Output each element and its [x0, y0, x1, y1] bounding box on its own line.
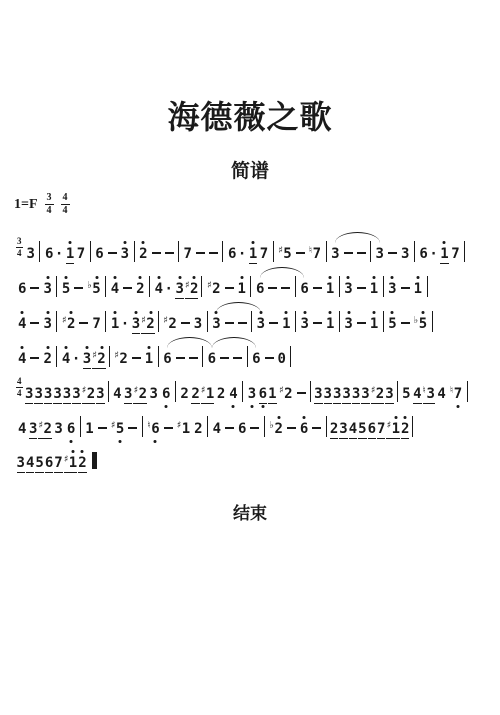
octave-dot-above-icon [391, 276, 394, 279]
note-digit: 6 [67, 421, 75, 437]
note-digit: 6 [300, 421, 308, 437]
octave-dot-above-icon [347, 276, 350, 279]
note: ♮7 [309, 242, 321, 263]
note-digit: 1 [326, 281, 334, 297]
octave-dot-above-icon [100, 346, 103, 349]
held-note-dash [357, 252, 366, 254]
note-digit: 4 [18, 421, 26, 437]
score-line: 43♯271·3♯2♯2333131315♭5 [16, 296, 500, 329]
held-note-dash [312, 427, 321, 429]
octave-dot-above-icon [95, 276, 98, 279]
octave-dot-above-icon [178, 276, 181, 279]
note-digit: 3 [385, 386, 393, 402]
note-digit: 3 [344, 281, 352, 297]
note-digit: 6 [163, 351, 171, 367]
note-digit: 4 [113, 386, 121, 402]
note-digit: 3 [401, 246, 409, 262]
held-note-dash [30, 287, 39, 289]
barline [339, 311, 340, 332]
note-digit: 6 [228, 246, 236, 262]
held-note-dash [30, 357, 39, 359]
note-digit: 2 [401, 421, 409, 437]
note-digit: 6 [252, 351, 260, 367]
octave-dot-above-icon [148, 346, 151, 349]
held-note-dash [79, 322, 88, 324]
note-digit: 3 [388, 281, 396, 297]
note-digit: 3 [96, 386, 104, 402]
key-label: 1=F [14, 197, 38, 213]
barline [178, 241, 179, 262]
note: ♯2 [279, 382, 293, 403]
held-note-dash [108, 252, 117, 254]
octave-dot-above-icon [443, 241, 446, 244]
note: ♯1 [64, 451, 78, 473]
barline [108, 381, 109, 402]
held-note-dash [164, 427, 173, 429]
score-lines: 3436·1763276·17♯5♮73336·17635♭5424·3♯2♯2… [16, 226, 500, 469]
note-digit: 1 [414, 281, 422, 297]
sharp-sign: ♯ [141, 315, 146, 326]
note-digit: 4 [26, 455, 34, 471]
note-digit: 1 [249, 246, 257, 262]
held-note-dash [269, 322, 278, 324]
note-digit: 2 [146, 316, 154, 332]
sharp-sign: ♯ [111, 420, 116, 431]
note-digit: 3 [212, 316, 220, 332]
song-title: 海德薇之歌 [0, 0, 500, 138]
barline [427, 276, 428, 297]
note-digit: 3 [72, 386, 80, 402]
sharp-sign: ♯ [114, 350, 119, 361]
score-line: 3436·1763276·17♯5♮73336·17 [16, 226, 500, 259]
score-line: 424·3♯2♯216660 [16, 331, 500, 364]
octave-dot-above-icon [123, 241, 126, 244]
note-digit: 3 [27, 246, 35, 262]
held-note-dash [225, 287, 234, 289]
sheet-music-page: 海德薇之歌 简谱 1=F 3 4 4 4 3436·1763276·17♯5♮7… [0, 0, 500, 715]
octave-dot-above-icon [69, 241, 72, 244]
note-digit: 3 [342, 386, 350, 402]
octave-dot-above-icon [81, 450, 84, 453]
time-signature-denominator: 4 [63, 206, 68, 216]
note-digit: 7 [92, 316, 100, 332]
note-digit: 2 [190, 281, 198, 297]
note-digit: 4 [437, 386, 445, 402]
barline [242, 381, 243, 402]
note-digit: 5 [388, 316, 396, 332]
note: ♭5 [87, 277, 100, 298]
barline [142, 416, 143, 437]
held-note-dash [297, 392, 306, 394]
barline [158, 346, 159, 367]
augmentation-dot: · [165, 281, 173, 297]
held-note-dash [265, 357, 274, 359]
barline [397, 381, 398, 402]
barline [222, 241, 223, 262]
note-digit: 4 [413, 386, 421, 402]
note-digit: 7 [451, 246, 459, 262]
barline [326, 241, 327, 262]
note-digit: 6 [419, 246, 427, 262]
flat-sign: ♭ [269, 420, 273, 431]
note-digit: 2 [376, 386, 384, 402]
octave-dot-above-icon [134, 311, 137, 314]
note: ♯2 [62, 312, 76, 333]
note: 6 [45, 454, 53, 473]
held-note-dash [128, 427, 137, 429]
barline [109, 346, 110, 367]
note-digit: 3 [34, 386, 42, 402]
barline [464, 241, 465, 262]
sharp-sign: ♯ [371, 385, 376, 396]
held-note-dash [225, 427, 234, 429]
note: ♯5 [278, 242, 292, 263]
slur-arc [216, 302, 261, 313]
barline [202, 346, 203, 367]
score-line: 34567♯12 [16, 436, 500, 469]
note-digit: 5 [35, 455, 43, 471]
note-digit: 2 [217, 386, 225, 402]
augmentation-dot: · [72, 351, 80, 367]
note-digit: 6 [256, 281, 264, 297]
note-digit: 1 [370, 281, 378, 297]
note-digit: 7 [260, 246, 268, 262]
octave-dot-above-icon [114, 311, 117, 314]
octave-dot-above-icon [240, 276, 243, 279]
natural-sign: ♮ [423, 385, 426, 396]
final-barline [92, 452, 97, 469]
note-digit: 3 [344, 316, 352, 332]
natural-sign: ♮ [147, 420, 150, 431]
octave-dot-above-icon [303, 311, 306, 314]
note-digit: 3 [43, 281, 51, 297]
note-digit: 1 [111, 316, 119, 332]
augmentation-dot: · [429, 246, 437, 262]
octave-dot-above-icon [46, 346, 49, 349]
octave-dot-above-icon [85, 346, 88, 349]
note-digit: 2 [87, 386, 95, 402]
note-digit: 2 [139, 386, 147, 402]
note: 7 [54, 454, 62, 473]
augmentation-dot: · [55, 246, 63, 262]
held-note-dash [196, 252, 205, 254]
time-signature-numerator: 4 [61, 193, 70, 205]
octave-dot-above-icon [416, 276, 419, 279]
barline [412, 416, 413, 437]
octave-dot-above-icon [65, 346, 68, 349]
barline [432, 311, 433, 332]
octave-dot-above-icon [285, 311, 288, 314]
note-digit: 1 [69, 455, 77, 471]
octave-dot-above-icon [404, 416, 407, 419]
sharp-sign: ♯ [386, 420, 391, 431]
barline [383, 276, 384, 297]
note-digit: 2 [78, 455, 86, 471]
time-signature-numerator: 3 [45, 193, 54, 205]
sharp-sign: ♯ [185, 280, 190, 291]
inline-time-signature: 44 [16, 377, 23, 398]
held-note-dash [344, 252, 353, 254]
barline [295, 276, 296, 297]
note-digit: 3 [194, 316, 202, 332]
note-digit: 3 [53, 386, 61, 402]
inline-time-signature: 34 [16, 237, 23, 258]
barline [383, 311, 384, 332]
held-note-dash [357, 322, 366, 324]
barline [56, 276, 57, 297]
time-signature-3-4: 3 4 [45, 193, 54, 216]
barline [207, 311, 208, 332]
sharp-sign: ♯ [207, 280, 212, 291]
notation-type-label: 简谱 [0, 156, 500, 183]
note-digit: 6 [45, 246, 53, 262]
note-digit: 3 [376, 246, 384, 262]
octave-dot-above-icon [46, 311, 49, 314]
octave-dot-above-icon [372, 276, 375, 279]
note-digit: 4 [213, 421, 221, 437]
note-digit: 1 [370, 316, 378, 332]
note-digit: 5 [402, 386, 410, 402]
barline [105, 276, 106, 297]
octave-dot-above-icon [72, 450, 75, 453]
note-digit: 3 [17, 455, 25, 471]
barline [56, 346, 57, 367]
held-note-dash [132, 357, 141, 359]
note-digit: 2 [212, 281, 220, 297]
note-digit: 1 [268, 386, 276, 402]
note: ♯2 [114, 347, 128, 368]
score-line: 43♯2361♯5♮6♯1246♭26234567♯12 [16, 401, 500, 434]
note-digit: 3 [331, 246, 339, 262]
held-note-dash [225, 322, 234, 324]
note-digit: 3 [63, 386, 71, 402]
held-note-dash [123, 287, 132, 289]
slur-arc [167, 337, 212, 348]
sharp-sign: ♯ [163, 315, 168, 326]
note-digit: 3 [257, 316, 265, 332]
octave-dot-above-icon [421, 311, 424, 314]
note-digit: 6 [45, 455, 53, 471]
note-digit: 5 [92, 281, 100, 297]
barline [105, 311, 106, 332]
held-note-dash [357, 287, 366, 289]
note-digit: 3 [54, 421, 62, 437]
note-digit: 2 [43, 421, 51, 437]
barline [273, 241, 274, 262]
octave-dot-above-icon [65, 276, 68, 279]
sharp-sign: ♯ [201, 385, 206, 396]
slur-arc [212, 337, 256, 348]
slur-arc [260, 267, 304, 278]
note-digit: 3 [352, 386, 360, 402]
note-digit: 2 [97, 351, 105, 367]
slur-arc [335, 232, 380, 243]
held-note-dash [250, 427, 259, 429]
note: 4 [26, 454, 34, 473]
sharp-sign: ♯ [279, 385, 284, 396]
score-line: 44333333♯2343♯23622♯124361♯2333333♯2354♮… [16, 366, 500, 399]
note: ♭5 [414, 312, 427, 333]
note-digit: 1 [392, 421, 400, 437]
held-note-dash [181, 322, 190, 324]
held-note-dash [388, 252, 397, 254]
note-digit: 4 [111, 281, 119, 297]
note-digit: 3 [43, 316, 51, 332]
held-note-dash [287, 427, 296, 429]
barline [207, 416, 208, 437]
note-digit: 2 [284, 386, 292, 402]
note-digit: 3 [124, 386, 132, 402]
held-note-dash [220, 357, 229, 359]
augmentation-dot: · [238, 246, 246, 262]
octave-dot-above-icon [252, 241, 255, 244]
held-note-dash [189, 357, 198, 359]
barline [247, 346, 248, 367]
octave-dot-above-icon [303, 416, 306, 419]
note: 3 [17, 454, 25, 473]
barline [467, 381, 468, 402]
note-digit: 1 [66, 246, 74, 262]
note-digit: 2 [330, 421, 338, 437]
note-digit: 6 [300, 281, 308, 297]
held-note-dash [165, 252, 174, 254]
note-digit: 2 [194, 421, 202, 437]
barline [414, 241, 415, 262]
natural-sign: ♮ [309, 245, 312, 256]
note-digit: 5 [358, 421, 366, 437]
note-digit: 1 [282, 316, 290, 332]
note-digit: 4 [155, 281, 163, 297]
note-digit: 7 [454, 386, 462, 402]
held-note-dash [152, 252, 161, 254]
barline [310, 381, 311, 402]
note-digit: 2 [136, 281, 144, 297]
barline [90, 241, 91, 262]
sharp-sign: ♯ [62, 315, 67, 326]
barline [370, 241, 371, 262]
barline [158, 311, 159, 332]
note-digit: 0 [278, 351, 286, 367]
time-signature-denominator: 4 [17, 249, 22, 258]
sharp-sign: ♯ [133, 385, 138, 396]
note-digit: 1 [85, 421, 93, 437]
note-digit: 6 [259, 386, 267, 402]
note-digit: 2 [43, 351, 51, 367]
note: 5 [35, 454, 43, 473]
note-digit: 6 [18, 281, 26, 297]
barline [251, 311, 252, 332]
octave-dot-above-icon [394, 416, 397, 419]
time-signature-numerator: 4 [16, 377, 23, 388]
note-digit: 3 [248, 386, 256, 402]
note-digit: 7 [313, 246, 321, 262]
held-note-dash [401, 322, 410, 324]
note-digit: 5 [116, 421, 124, 437]
octave-dot-above-icon [21, 346, 24, 349]
note-digit: 7 [54, 455, 62, 471]
octave-dot-above-icon [21, 311, 24, 314]
note: 2 [78, 454, 86, 473]
note-digit: 5 [62, 281, 70, 297]
sharp-sign: ♯ [38, 420, 43, 431]
sharp-sign: ♯ [278, 245, 283, 256]
sharp-sign: ♯ [64, 454, 69, 465]
octave-dot-above-icon [277, 416, 280, 419]
note-digit: 4 [349, 421, 357, 437]
octave-dot-above-icon [373, 311, 376, 314]
sharp-sign: ♯ [177, 420, 182, 431]
note-digit: 2 [274, 421, 282, 437]
barline [175, 381, 176, 402]
note-digit: 3 [44, 386, 52, 402]
held-note-dash [281, 287, 290, 289]
sharp-sign: ♯ [82, 385, 87, 396]
augmentation-dot: · [121, 316, 129, 332]
barline [295, 311, 296, 332]
note-digit: 4 [62, 351, 70, 367]
held-note-dash [98, 427, 107, 429]
note-digit: 6 [208, 351, 216, 367]
octave-dot-above-icon [157, 276, 160, 279]
octave-dot-above-icon [329, 311, 332, 314]
note-digit: 4 [18, 316, 26, 332]
flat-sign: ♭ [87, 280, 91, 291]
barline [290, 346, 291, 367]
end-label: 结束 [0, 499, 500, 524]
note: ♮7 [450, 382, 462, 403]
note-digit: 4 [18, 351, 26, 367]
barline [134, 241, 135, 262]
note-digit: 6 [368, 421, 376, 437]
octave-dot-above-icon [70, 311, 73, 314]
time-signature-denominator: 4 [47, 206, 52, 216]
time-signature-denominator: 4 [17, 389, 22, 398]
barline [149, 276, 150, 297]
note-digit: 2 [119, 351, 127, 367]
note-digit: 7 [77, 246, 85, 262]
note-digit: 5 [419, 316, 427, 332]
note: ♯1 [177, 417, 191, 438]
octave-dot-above-icon [46, 276, 49, 279]
note-digit: 3 [339, 421, 347, 437]
barline [326, 416, 327, 437]
key-signature-line: 1=F 3 4 4 4 [14, 193, 500, 216]
note-digit: 3 [150, 386, 158, 402]
note: ♯2 [207, 277, 221, 298]
held-note-dash [296, 252, 305, 254]
note-digit: 7 [184, 246, 192, 262]
note-digit: 7 [377, 421, 385, 437]
note: ♯5 [111, 417, 125, 438]
note-digit: 4 [229, 386, 237, 402]
note-digit: 5 [283, 246, 291, 262]
note-digit: 1 [440, 246, 448, 262]
barline [264, 416, 265, 437]
note-digit: 2 [67, 316, 75, 332]
natural-sign: ♮ [450, 385, 453, 396]
note-digit: 1 [238, 281, 246, 297]
octave-dot-above-icon [391, 311, 394, 314]
note-digit: 3 [83, 351, 91, 367]
held-note-dash [238, 322, 247, 324]
note-digit: 3 [324, 386, 332, 402]
note-digit: 3 [121, 246, 129, 262]
note-digit: 3 [301, 316, 309, 332]
octave-dot-above-icon [193, 276, 196, 279]
octave-dot-above-icon [142, 241, 145, 244]
held-note-dash [268, 287, 277, 289]
note-digit: 2 [139, 246, 147, 262]
